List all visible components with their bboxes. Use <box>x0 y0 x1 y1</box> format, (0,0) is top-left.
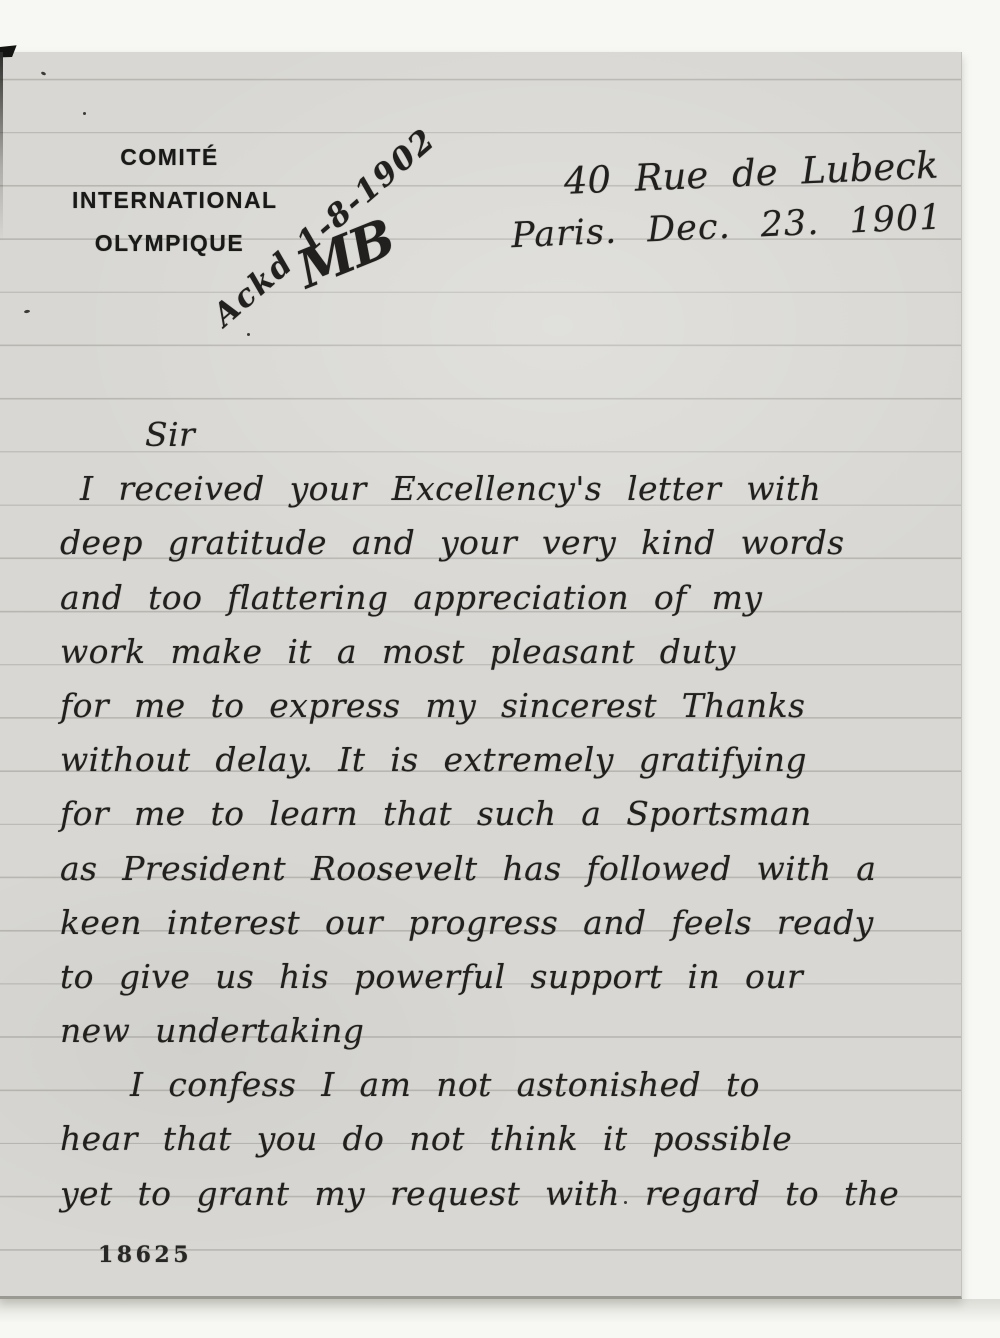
letterhead: COMITÉ INTERNATIONAL OLYMPIQUE <box>72 136 267 265</box>
body-line: for me to express my sincerest Thanks <box>60 679 950 733</box>
body-line: and too flattering appreciation of my <box>60 571 950 625</box>
dateline-block: 40 Rue de Lubeck Paris. Dec. 23. 1901 <box>453 139 947 264</box>
body-line: without delay. It is extremely gratifyin… <box>60 733 950 787</box>
body-line: new undertaking <box>60 1004 950 1058</box>
body-line: as President Roosevelt has followed with… <box>60 842 950 896</box>
body-line: work make it a most pleasant duty <box>60 625 950 679</box>
body-line: for me to learn that such a Sportsman <box>60 787 950 841</box>
body-line: deep gratitude and your very kind words <box>60 516 950 570</box>
letterhead-line-olympique: OLYMPIQUE <box>72 222 267 265</box>
body-line: keen interest our progress and feels rea… <box>60 896 950 950</box>
archive-number: 18625 <box>98 1242 192 1268</box>
body-line: to give us his powerful support in our <box>60 950 950 1004</box>
body-line: yet to grant my request with regard to t… <box>60 1167 950 1221</box>
body-line: hear that you do not think it possible <box>60 1112 950 1166</box>
body-line: I received your Excellency's letter with <box>80 462 950 516</box>
letter-paper: COMITÉ INTERNATIONAL OLYMPIQUE Ackd 1-8-… <box>0 52 962 1299</box>
scan-speck <box>24 310 30 314</box>
scan-bottom-shadow <box>0 1299 1000 1329</box>
letterhead-line-international: INTERNATIONAL <box>72 179 267 222</box>
scan-speck <box>83 112 86 115</box>
letter-body: Sir I received your Excellency's letter … <box>60 408 950 1221</box>
body-line: I confess I am not astonished to <box>130 1058 950 1112</box>
letterhead-line-comite: COMITÉ <box>72 136 267 179</box>
salutation: Sir <box>145 408 950 462</box>
scan-edge-shadow <box>0 52 3 242</box>
scan-speck <box>624 1201 627 1204</box>
scan-speck <box>247 333 250 336</box>
scan-speck <box>41 71 47 76</box>
